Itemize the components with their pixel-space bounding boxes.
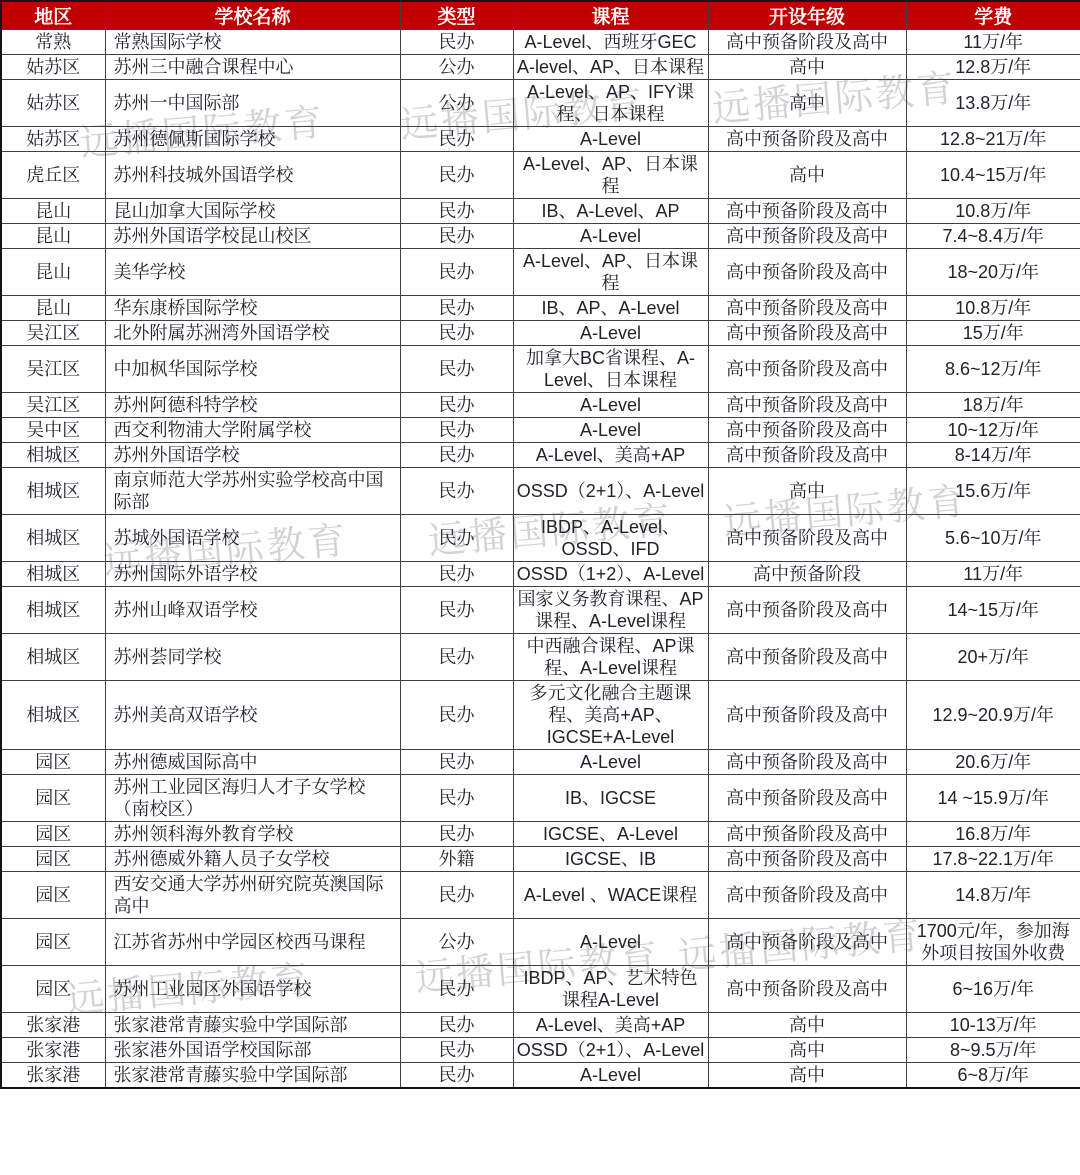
cell-school: 江苏省苏州中学园区校西马课程 [105,919,400,966]
cell-tuition: 7.4~8.4万/年 [906,224,1080,249]
table-row: 虎丘区苏州科技城外国语学校民办A-Level、AP、日本课程高中10.4~15万… [1,152,1080,199]
cell-tuition: 10.8万/年 [906,296,1080,321]
cell-tuition: 10-13万/年 [906,1013,1080,1038]
cell-courses: IB、IGCSE [513,775,708,822]
cell-region: 昆山 [1,199,105,224]
cell-type: 民办 [400,775,513,822]
cell-tuition: 11万/年 [906,30,1080,55]
cell-tuition: 14.8万/年 [906,872,1080,919]
cell-school: 苏州三中融合课程中心 [105,55,400,80]
cell-region: 昆山 [1,249,105,296]
cell-courses: A-level、AP、日本课程 [513,55,708,80]
cell-type: 民办 [400,750,513,775]
cell-tuition: 12.8~21万/年 [906,127,1080,152]
cell-type: 民办 [400,822,513,847]
cell-school: 苏州山峰双语学校 [105,587,400,634]
cell-region: 姑苏区 [1,55,105,80]
cell-grades: 高中预备阶段及高中 [708,443,906,468]
cell-courses: OSSD（2+1）、A-Level [513,468,708,515]
cell-region: 昆山 [1,296,105,321]
cell-school: 苏州外国语学校 [105,443,400,468]
cell-type: 民办 [400,393,513,418]
cell-type: 民办 [400,1038,513,1063]
cell-type: 民办 [400,872,513,919]
cell-region: 昆山 [1,224,105,249]
cell-school: 苏州荟同学校 [105,634,400,681]
cell-tuition: 12.8万/年 [906,55,1080,80]
cell-region: 园区 [1,822,105,847]
cell-grades: 高中 [708,55,906,80]
header-type: 类型 [400,1,513,30]
cell-grades: 高中预备阶段及高中 [708,587,906,634]
cell-courses: A-Level [513,919,708,966]
cell-courses: A-Level 、WACE课程 [513,872,708,919]
cell-region: 常熟 [1,30,105,55]
table-row: 园区苏州德威国际高中民办A-Level高中预备阶段及高中20.6万/年 [1,750,1080,775]
suzhou-international-schools-page: 远播国际教育 远播国际教育 远播国际教育 远播国际教育 远播国际教育 远播国际教… [0,0,1080,1089]
cell-region: 吴中区 [1,418,105,443]
cell-courses: A-Level [513,750,708,775]
table-body: 常熟常熟国际学校民办A-Level、西班牙GEC高中预备阶段及高中11万/年姑苏… [1,30,1080,1089]
cell-region: 相城区 [1,515,105,562]
cell-region: 吴江区 [1,321,105,346]
table-row: 昆山美华学校民办A-Level、AP、日本课程高中预备阶段及高中18~20万/年 [1,249,1080,296]
cell-grades: 高中 [708,468,906,515]
cell-region: 相城区 [1,681,105,750]
cell-courses: 加拿大BC省课程、A-Level、日本课程 [513,346,708,393]
cell-type: 公办 [400,919,513,966]
cell-type: 公办 [400,55,513,80]
cell-region: 张家港 [1,1013,105,1038]
cell-tuition: 12.9~20.9万/年 [906,681,1080,750]
cell-school: 苏州国际外语学校 [105,562,400,587]
cell-grades: 高中预备阶段及高中 [708,919,906,966]
table-row: 相城区南京师范大学苏州实验学校高中国际部民办OSSD（2+1）、A-Level高… [1,468,1080,515]
table-row: 园区苏州领科海外教育学校民办IGCSE、A-Level高中预备阶段及高中16.8… [1,822,1080,847]
cell-tuition: 14 ~15.9万/年 [906,775,1080,822]
cell-region: 相城区 [1,634,105,681]
cell-tuition: 15万/年 [906,321,1080,346]
cell-grades: 高中预备阶段及高中 [708,515,906,562]
header-school-name: 学校名称 [105,1,400,30]
cell-type: 民办 [400,634,513,681]
table-row: 姑苏区苏州德佩斯国际学校民办A-Level高中预备阶段及高中12.8~21万/年 [1,127,1080,152]
cell-region: 园区 [1,750,105,775]
table-header-row: 地区 学校名称 类型 课程 开设年级 学费 [1,1,1080,30]
cell-tuition: 10~12万/年 [906,418,1080,443]
cell-grades: 高中预备阶段及高中 [708,681,906,750]
table-row: 园区江苏省苏州中学园区校西马课程公办A-Level高中预备阶段及高中1700元/… [1,919,1080,966]
cell-tuition: 17.8~22.1万/年 [906,847,1080,872]
table-row: 吴江区苏州阿德科特学校民办A-Level高中预备阶段及高中18万/年 [1,393,1080,418]
cell-courses: IB、A-Level、AP [513,199,708,224]
cell-courses: 中西融合课程、AP课程、A-Level课程 [513,634,708,681]
table-row: 园区苏州工业园区海归人才子女学校（南校区）民办IB、IGCSE高中预备阶段及高中… [1,775,1080,822]
cell-school: 昆山加拿大国际学校 [105,199,400,224]
cell-school: 苏州德威外籍人员子女学校 [105,847,400,872]
table-row: 吴江区中加枫华国际学校民办加拿大BC省课程、A-Level、日本课程高中预备阶段… [1,346,1080,393]
cell-grades: 高中 [708,1013,906,1038]
cell-courses: A-Level [513,321,708,346]
header-courses: 课程 [513,1,708,30]
cell-type: 民办 [400,152,513,199]
cell-school: 张家港外国语学校国际部 [105,1038,400,1063]
schools-table: 地区 学校名称 类型 课程 开设年级 学费 常熟常熟国际学校民办A-Level、… [0,0,1080,1089]
cell-courses: A-Level、AP、日本课程 [513,152,708,199]
cell-school: 苏州一中国际部 [105,80,400,127]
cell-courses: IGCSE、IB [513,847,708,872]
table-row: 相城区苏城外国语学校民办IBDP、A-Level、OSSD、IFD高中预备阶段及… [1,515,1080,562]
cell-type: 民办 [400,30,513,55]
cell-courses: A-Level [513,224,708,249]
cell-type: 民办 [400,224,513,249]
cell-courses: IBDP、A-Level、OSSD、IFD [513,515,708,562]
cell-tuition: 6~8万/年 [906,1063,1080,1089]
cell-tuition: 18~20万/年 [906,249,1080,296]
cell-type: 公办 [400,80,513,127]
table-row: 园区西安交通大学苏州研究院英澳国际高中民办A-Level 、WACE课程高中预备… [1,872,1080,919]
cell-courses: 多元文化融合主题课程、美高+AP、IGCSE+A-Level [513,681,708,750]
table-row: 相城区苏州荟同学校民办中西融合课程、AP课程、A-Level课程高中预备阶段及高… [1,634,1080,681]
cell-region: 张家港 [1,1038,105,1063]
cell-grades: 高中 [708,1038,906,1063]
cell-school: 苏州工业园区海归人才子女学校（南校区） [105,775,400,822]
cell-region: 园区 [1,966,105,1013]
cell-courses: A-Level [513,393,708,418]
table-row: 吴江区北外附属苏洲湾外国语学校民办A-Level高中预备阶段及高中15万/年 [1,321,1080,346]
cell-grades: 高中预备阶段及高中 [708,127,906,152]
cell-grades: 高中预备阶段及高中 [708,418,906,443]
cell-grades: 高中 [708,80,906,127]
cell-school: 张家港常青藤实验中学国际部 [105,1013,400,1038]
table-row: 相城区苏州山峰双语学校民办国家义务教育课程、AP课程、A-Level课程高中预备… [1,587,1080,634]
cell-region: 园区 [1,847,105,872]
cell-region: 张家港 [1,1063,105,1089]
cell-type: 民办 [400,418,513,443]
cell-type: 外籍 [400,847,513,872]
cell-school: 常熟国际学校 [105,30,400,55]
cell-type: 民办 [400,966,513,1013]
cell-courses: IGCSE、A-Level [513,822,708,847]
cell-grades: 高中预备阶段及高中 [708,750,906,775]
cell-tuition: 1700元/年，参加海外项目按国外收费 [906,919,1080,966]
header-tuition: 学费 [906,1,1080,30]
cell-grades: 高中预备阶段及高中 [708,847,906,872]
cell-school: 苏州阿德科特学校 [105,393,400,418]
cell-region: 园区 [1,775,105,822]
cell-region: 相城区 [1,443,105,468]
cell-grades: 高中 [708,1063,906,1089]
cell-region: 姑苏区 [1,127,105,152]
cell-type: 民办 [400,515,513,562]
cell-tuition: 14~15万/年 [906,587,1080,634]
cell-courses: IBDP、AP、艺术特色课程A-Level [513,966,708,1013]
cell-grades: 高中预备阶段及高中 [708,634,906,681]
cell-courses: OSSD（2+1）、A-Level [513,1038,708,1063]
cell-grades: 高中预备阶段及高中 [708,393,906,418]
cell-school: 苏州科技城外国语学校 [105,152,400,199]
cell-grades: 高中预备阶段及高中 [708,296,906,321]
cell-region: 相城区 [1,468,105,515]
cell-region: 姑苏区 [1,80,105,127]
header-region: 地区 [1,1,105,30]
cell-school: 苏州美高双语学校 [105,681,400,750]
cell-school: 苏州德佩斯国际学校 [105,127,400,152]
cell-grades: 高中预备阶段 [708,562,906,587]
cell-tuition: 15.6万/年 [906,468,1080,515]
cell-tuition: 10.4~15万/年 [906,152,1080,199]
cell-school: 苏城外国语学校 [105,515,400,562]
table-row: 姑苏区苏州一中国际部公办A-Level、AP、IFY课程、日本课程高中13.8万… [1,80,1080,127]
cell-type: 民办 [400,562,513,587]
table-row: 姑苏区苏州三中融合课程中心公办A-level、AP、日本课程高中12.8万/年 [1,55,1080,80]
cell-courses: IB、AP、A-Level [513,296,708,321]
cell-school: 张家港常青藤实验中学国际部 [105,1063,400,1089]
cell-region: 园区 [1,872,105,919]
cell-courses: A-Level、美高+AP [513,443,708,468]
cell-type: 民办 [400,1063,513,1089]
cell-tuition: 5.6~10万/年 [906,515,1080,562]
cell-grades: 高中预备阶段及高中 [708,249,906,296]
cell-region: 园区 [1,919,105,966]
cell-tuition: 8.6~12万/年 [906,346,1080,393]
cell-tuition: 18万/年 [906,393,1080,418]
cell-region: 吴江区 [1,346,105,393]
cell-grades: 高中 [708,152,906,199]
cell-grades: 高中预备阶段及高中 [708,966,906,1013]
table-row: 昆山苏州外国语学校昆山校区民办A-Level高中预备阶段及高中7.4~8.4万/… [1,224,1080,249]
cell-tuition: 11万/年 [906,562,1080,587]
cell-type: 民办 [400,296,513,321]
table-row: 常熟常熟国际学校民办A-Level、西班牙GEC高中预备阶段及高中11万/年 [1,30,1080,55]
cell-region: 相城区 [1,562,105,587]
table-row: 昆山昆山加拿大国际学校民办IB、A-Level、AP高中预备阶段及高中10.8万… [1,199,1080,224]
cell-type: 民办 [400,199,513,224]
cell-grades: 高中预备阶段及高中 [708,321,906,346]
cell-grades: 高中预备阶段及高中 [708,822,906,847]
table-row: 昆山华东康桥国际学校民办IB、AP、A-Level高中预备阶段及高中10.8万/… [1,296,1080,321]
table-row: 园区苏州工业园区外国语学校民办IBDP、AP、艺术特色课程A-Level高中预备… [1,966,1080,1013]
table-row: 吴中区西交利物浦大学附属学校民办A-Level高中预备阶段及高中10~12万/年 [1,418,1080,443]
cell-school: 华东康桥国际学校 [105,296,400,321]
cell-school: 苏州外国语学校昆山校区 [105,224,400,249]
table-row: 张家港张家港常青藤实验中学国际部民办A-Level、美高+AP高中10-13万/… [1,1013,1080,1038]
cell-grades: 高中预备阶段及高中 [708,224,906,249]
cell-tuition: 8~9.5万/年 [906,1038,1080,1063]
header-grades: 开设年级 [708,1,906,30]
cell-courses: A-Level、西班牙GEC [513,30,708,55]
cell-type: 民办 [400,127,513,152]
table-row: 相城区苏州国际外语学校民办OSSD（1+2）、A-Level高中预备阶段11万/… [1,562,1080,587]
cell-courses: A-Level [513,1063,708,1089]
table-row: 园区苏州德威外籍人员子女学校外籍IGCSE、IB高中预备阶段及高中17.8~22… [1,847,1080,872]
cell-region: 吴江区 [1,393,105,418]
cell-courses: OSSD（1+2）、A-Level [513,562,708,587]
cell-school: 西安交通大学苏州研究院英澳国际高中 [105,872,400,919]
cell-courses: A-Level、美高+AP [513,1013,708,1038]
cell-type: 民办 [400,681,513,750]
cell-courses: A-Level、AP、日本课程 [513,249,708,296]
cell-school: 苏州工业园区外国语学校 [105,966,400,1013]
cell-type: 民办 [400,468,513,515]
cell-school: 南京师范大学苏州实验学校高中国际部 [105,468,400,515]
cell-tuition: 10.8万/年 [906,199,1080,224]
cell-type: 民办 [400,587,513,634]
cell-school: 中加枫华国际学校 [105,346,400,393]
cell-courses: 国家义务教育课程、AP课程、A-Level课程 [513,587,708,634]
cell-school: 苏州领科海外教育学校 [105,822,400,847]
cell-type: 民办 [400,346,513,393]
cell-type: 民办 [400,443,513,468]
cell-grades: 高中预备阶段及高中 [708,30,906,55]
table-row: 张家港张家港常青藤实验中学国际部民办A-Level高中6~8万/年 [1,1063,1080,1089]
table-row: 相城区苏州外国语学校民办A-Level、美高+AP高中预备阶段及高中8-14万/… [1,443,1080,468]
table-row: 相城区苏州美高双语学校民办多元文化融合主题课程、美高+AP、IGCSE+A-Le… [1,681,1080,750]
cell-school: 北外附属苏洲湾外国语学校 [105,321,400,346]
cell-tuition: 8-14万/年 [906,443,1080,468]
cell-school: 美华学校 [105,249,400,296]
cell-grades: 高中预备阶段及高中 [708,199,906,224]
cell-tuition: 16.8万/年 [906,822,1080,847]
cell-type: 民办 [400,321,513,346]
cell-school: 西交利物浦大学附属学校 [105,418,400,443]
table-row: 张家港张家港外国语学校国际部民办OSSD（2+1）、A-Level高中8~9.5… [1,1038,1080,1063]
cell-tuition: 13.8万/年 [906,80,1080,127]
cell-courses: A-Level [513,127,708,152]
cell-school: 苏州德威国际高中 [105,750,400,775]
cell-grades: 高中预备阶段及高中 [708,346,906,393]
cell-grades: 高中预备阶段及高中 [708,872,906,919]
cell-tuition: 20+万/年 [906,634,1080,681]
cell-grades: 高中预备阶段及高中 [708,775,906,822]
cell-type: 民办 [400,1013,513,1038]
cell-tuition: 20.6万/年 [906,750,1080,775]
cell-tuition: 6~16万/年 [906,966,1080,1013]
cell-region: 相城区 [1,587,105,634]
cell-region: 虎丘区 [1,152,105,199]
cell-type: 民办 [400,249,513,296]
cell-courses: A-Level [513,418,708,443]
cell-courses: A-Level、AP、IFY课程、日本课程 [513,80,708,127]
